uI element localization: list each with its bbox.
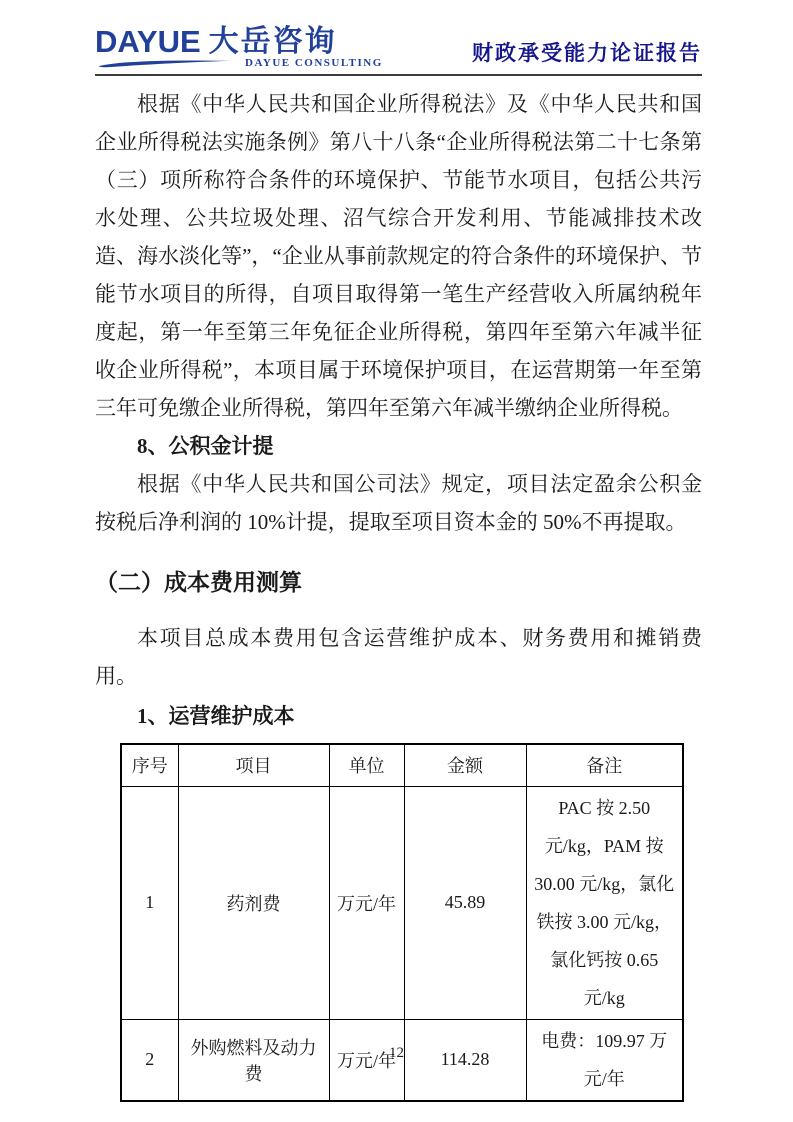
logo-swoosh-icon: [95, 59, 233, 68]
col-header-item: 项目: [178, 744, 329, 786]
col-header-unit: 单位: [329, 744, 404, 786]
cell-no: 1: [121, 786, 178, 1019]
table-row: 1 药剂费 万元/年 45.89 PAC 按 2.50 元/kg，PAM 按 3…: [121, 786, 683, 1019]
cell-item: 药剂费: [178, 786, 329, 1019]
document-content: 根据《中华人民共和国企业所得税法》及《中华人民共和国企业所得税法实施条例》第八十…: [95, 85, 702, 1102]
paragraph-provident-fund: 根据《中华人民共和国公司法》规定，项目法定盈余公积金按税后净利润的 10%计提，…: [95, 465, 702, 541]
cell-unit: 万元/年: [329, 786, 404, 1019]
logo-bottom-row: DAYUE CONSULTING: [95, 58, 383, 69]
col-header-no: 序号: [121, 744, 178, 786]
logo-wordmark-en: DAYUE: [95, 26, 201, 57]
table-header-row: 序号 项目 单位 金额 备注: [121, 744, 683, 786]
heading-om-cost: 1、运营维护成本: [95, 697, 702, 735]
paragraph-tax-law: 根据《中华人民共和国企业所得税法》及《中华人民共和国企业所得税法实施条例》第八十…: [95, 85, 702, 427]
paragraph-cost-overview: 本项目总成本费用包含运营维护成本、财务费用和摊销费用。: [95, 619, 702, 695]
document-page: DAYUE 大岳咨询 DAYUE CONSULTING 财政承受能力论证报告 根…: [0, 0, 793, 1122]
col-header-note: 备注: [526, 744, 683, 786]
section-heading-cost-estimation: （二）成本费用测算: [95, 563, 702, 603]
col-header-amount: 金额: [404, 744, 526, 786]
page-header: DAYUE 大岳咨询 DAYUE CONSULTING 财政承受能力论证报告: [95, 26, 702, 76]
cell-note: PAC 按 2.50 元/kg，PAM 按 30.00 元/kg，氯化铁按 3.…: [526, 786, 683, 1019]
logo-subtitle: DAYUE CONSULTING: [245, 58, 383, 69]
heading-provident-fund: 8、公积金计提: [95, 427, 702, 465]
dayue-logo: DAYUE 大岳咨询 DAYUE CONSULTING: [95, 26, 383, 69]
logo-wordmark-cn: 大岳咨询: [209, 27, 337, 57]
report-title: 财政承受能力论证报告: [472, 37, 702, 69]
cell-amount: 45.89: [404, 786, 526, 1019]
logo-row: DAYUE 大岳咨询: [95, 26, 383, 57]
page-number: 12: [0, 1045, 793, 1062]
